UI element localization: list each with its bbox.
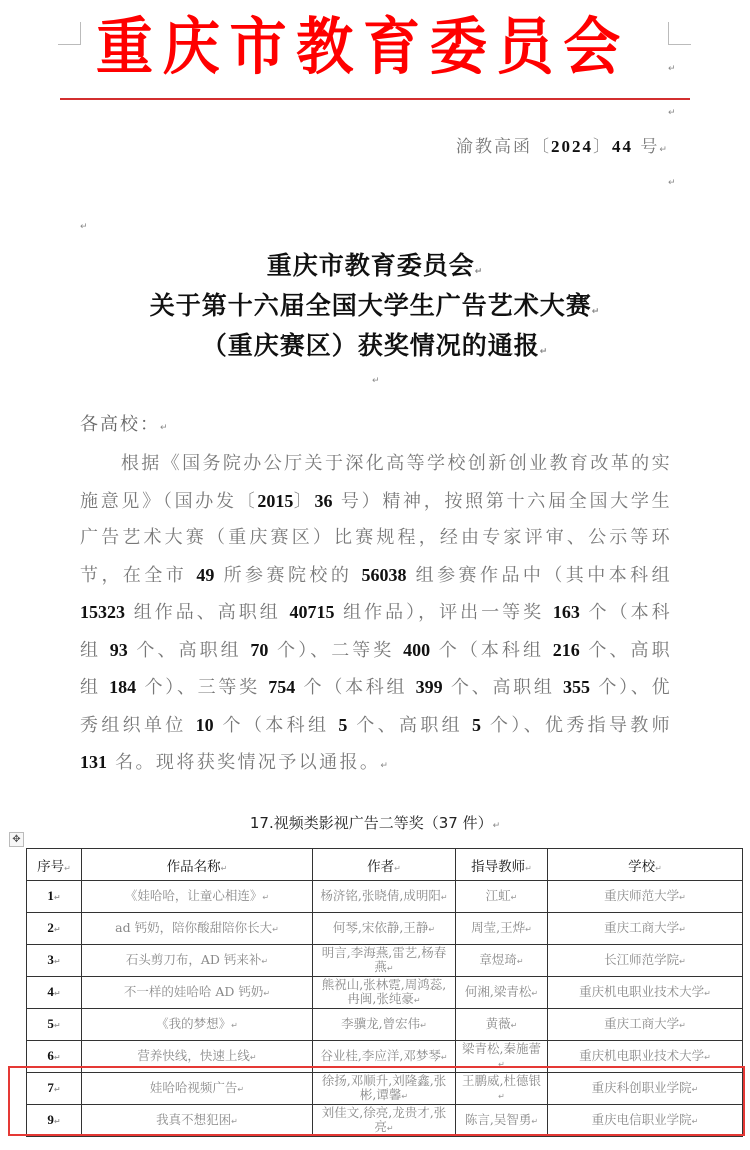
table-caption: 17.视频类影视广告二等奖（37 件）↵ <box>0 812 750 833</box>
body-text: 个）、优秀指导教师 <box>481 715 672 736</box>
body-number: 36 <box>314 491 332 511</box>
paragraph-mark-icon: ↵ <box>668 108 676 118</box>
header-advisors: 指导教师↵ <box>456 849 548 881</box>
cell-school: 重庆电信职业学院↵ <box>548 1105 743 1137</box>
cell-authors: 何琴,宋依静,王静↵ <box>313 913 456 945</box>
cell-work: 我真不想犯困↵ <box>82 1105 313 1137</box>
paragraph-mark-icon: ↵ <box>668 178 676 188</box>
body-paragraph: 根据《国务院办公厅关于深化高等学校创新创业教育改革的实施意见》（国办发〔2015… <box>80 446 672 785</box>
cell-school: 重庆机电职业技术大学↵ <box>548 1041 743 1073</box>
cell-school: 重庆科创职业学院↵ <box>548 1073 743 1105</box>
table-row: 4↵不一样的娃哈哈 AD 钙奶↵熊祝山,张林霓,周鸿蕊,冉闽,张纯豪↵何湘,梁青… <box>27 977 743 1009</box>
cell-advisors: 梁青松,秦施蕾↵ <box>456 1041 548 1073</box>
paragraph-mark-icon: ↵ <box>668 64 676 74</box>
table-row: 6↵营养快线，快速上线↵谷业桂,李应洋,邓梦琴↵梁青松,秦施蕾↵重庆机电职业技术… <box>27 1041 743 1073</box>
table-row: 1↵《娃哈哈，让童心相连》↵杨济铭,张晓倩,成明阳↵江虹↵重庆师范大学↵ <box>27 881 743 913</box>
body-text: 名。现将获奖情况予以通报。 <box>107 752 380 773</box>
awards-table: 序号↵ 作品名称↵ 作者↵ 指导教师↵ 学校↵ 1↵《娃哈哈，让童心相连》↵杨济… <box>26 848 743 1137</box>
body-number: 355 <box>563 677 590 697</box>
cell-school: 重庆机电职业技术大学↵ <box>548 977 743 1009</box>
notice-title-line3: （重庆赛区）获奖情况的通报↵ <box>0 326 750 362</box>
paragraph-mark-icon: ↵ <box>380 761 390 771</box>
cell-no: 2↵ <box>27 913 82 945</box>
body-text: 个）、二等奖 <box>268 640 403 661</box>
letterhead-char: 重 <box>96 8 153 86</box>
cell-advisors: 周莹,王烨↵ <box>456 913 548 945</box>
header-school: 学校↵ <box>548 849 743 881</box>
cell-work: 石头剪刀布，AD 钙来补↵ <box>82 945 313 977</box>
cell-advisors: 何湘,梁青松↵ <box>456 977 548 1009</box>
body-text: 个、高职组 <box>128 640 251 661</box>
cell-school: 长江师范学院↵ <box>548 945 743 977</box>
letterhead-char: 教 <box>296 8 353 86</box>
docno-year: 2024 <box>551 137 593 156</box>
body-text: 组参赛作品中（其中本科组 <box>406 565 672 586</box>
body-number: 10 <box>196 715 214 735</box>
body-text: 个）、三等奖 <box>136 677 268 698</box>
body-text: 所参赛院校的 <box>214 565 361 586</box>
cell-authors: 杨济铭,张晓倩,成明阳↵ <box>313 881 456 913</box>
body-number: 40715 <box>289 602 334 622</box>
cell-no: 9↵ <box>27 1105 82 1137</box>
table-header-row: 序号↵ 作品名称↵ 作者↵ 指导教师↵ 学校↵ <box>27 849 743 881</box>
body-number: 56038 <box>361 565 406 585</box>
body-text: 个（本科组 <box>214 715 339 736</box>
cell-advisors: 黄薇↵ <box>456 1009 548 1041</box>
letterhead-char: 会 <box>563 8 620 86</box>
cell-no: 1↵ <box>27 881 82 913</box>
cell-school: 重庆工商大学↵ <box>548 913 743 945</box>
cell-advisors: 王鹏威,杜德银↵ <box>456 1073 548 1105</box>
cell-advisors: 陈言,吴智勇↵ <box>456 1105 548 1137</box>
page-corner-mark-right <box>668 22 691 45</box>
header-work: 作品名称↵ <box>82 849 313 881</box>
cell-work: 营养快线，快速上线↵ <box>82 1041 313 1073</box>
cell-school: 重庆师范大学↵ <box>548 881 743 913</box>
body-number: 93 <box>110 640 128 660</box>
cell-authors: 谷业桂,李应洋,邓梦琴↵ <box>313 1041 456 1073</box>
body-text: 个（本科组 <box>295 677 415 698</box>
cell-work: ad 钙奶，陪你酸甜陪你长大↵ <box>82 913 313 945</box>
body-text: 〕 <box>293 491 314 512</box>
docno-prefix: 渝教高函〔 <box>456 137 551 157</box>
cell-no: 3↵ <box>27 945 82 977</box>
body-number: 49 <box>196 565 214 585</box>
letterhead-char: 育 <box>363 8 420 86</box>
letterhead-char: 庆 <box>163 8 220 86</box>
cell-authors: 明言,李海燕,雷艺,杨春燕↵ <box>313 945 456 977</box>
body-number: 163 <box>553 602 580 622</box>
table-move-handle-icon[interactable]: ✥ <box>9 832 24 847</box>
paragraph-mark-icon: ↵ <box>659 145 669 155</box>
document-number: 渝教高函〔2024〕44 号↵ <box>456 132 669 157</box>
body-text: 个、高职组 <box>443 677 563 698</box>
docno-num: 44 <box>612 137 633 156</box>
cell-advisors: 江虹↵ <box>456 881 548 913</box>
docno-bracket: 〕 <box>593 137 612 157</box>
body-number: 400 <box>403 640 430 660</box>
cell-advisors: 章煜琦↵ <box>456 945 548 977</box>
notice-title-line1: 重庆市教育委员会↵ <box>0 246 750 282</box>
body-number: 5 <box>338 715 347 735</box>
cell-no: 6↵ <box>27 1041 82 1073</box>
cell-work: 《娃哈哈，让童心相连》↵ <box>82 881 313 913</box>
body-text: 组作品、高职组 <box>125 602 289 623</box>
cell-no: 5↵ <box>27 1009 82 1041</box>
body-text: 个、高职组 <box>347 715 472 736</box>
cell-no: 4↵ <box>27 977 82 1009</box>
cell-work: 《我的梦想》↵ <box>82 1009 313 1041</box>
letterhead-char: 市 <box>230 8 287 86</box>
body-number: 216 <box>553 640 580 660</box>
header-authors: 作者↵ <box>313 849 456 881</box>
table-row: 3↵石头剪刀布，AD 钙来补↵明言,李海燕,雷艺,杨春燕↵章煜琦↵长江师范学院↵ <box>27 945 743 977</box>
cell-authors: 刘佳文,徐亮,龙贵才,张亮↵ <box>313 1105 456 1137</box>
paragraph-mark-icon: ↵ <box>372 376 380 386</box>
table-row: 5↵《我的梦想》↵李骥龙,曾宏伟↵黄薇↵重庆工商大学↵ <box>27 1009 743 1041</box>
letterhead-title: 重 庆 市 教 育 委 员 会 <box>96 8 620 86</box>
letterhead-char: 委 <box>430 8 487 86</box>
body-text: 个（本科组 <box>430 640 553 661</box>
cell-authors: 徐扬,邓顺升,刘隆鑫,张彬,谭馨↵ <box>313 1073 456 1105</box>
table-row: 7↵娃哈哈视频广告↵徐扬,邓顺升,刘隆鑫,张彬,谭馨↵王鹏威,杜德银↵重庆科创职… <box>27 1073 743 1105</box>
table-row-highlighted: 9↵我真不想犯困↵刘佳文,徐亮,龙贵才,张亮↵陈言,吴智勇↵重庆电信职业学院↵ <box>27 1105 743 1137</box>
cell-authors: 熊祝山,张林霓,周鸿蕊,冉闽,张纯豪↵ <box>313 977 456 1009</box>
header-no: 序号↵ <box>27 849 82 881</box>
letterhead-red-rule <box>60 98 690 100</box>
body-number: 5 <box>472 715 481 735</box>
page-corner-mark-left <box>58 22 81 45</box>
table-row: 2↵ad 钙奶，陪你酸甜陪你长大↵何琴,宋依静,王静↵周莹,王烨↵重庆工商大学↵ <box>27 913 743 945</box>
body-number: 184 <box>109 677 136 697</box>
cell-work: 娃哈哈视频广告↵ <box>82 1073 313 1105</box>
salutation: 各高校：↵ <box>80 410 170 436</box>
body-number: 131 <box>80 752 107 772</box>
cell-school: 重庆工商大学↵ <box>548 1009 743 1041</box>
cell-work: 不一样的娃哈哈 AD 钙奶↵ <box>82 977 313 1009</box>
cell-no: 7↵ <box>27 1073 82 1105</box>
body-number: 399 <box>416 677 443 697</box>
notice-title-line2: 关于第十六届全国大学生广告艺术大赛↵ <box>0 286 750 322</box>
body-text: 组作品），评出一等奖 <box>334 602 552 623</box>
letterhead-char: 员 <box>497 8 554 86</box>
paragraph-mark-icon: ↵ <box>80 222 88 232</box>
docno-suffix: 号 <box>633 137 659 157</box>
body-number: 70 <box>250 640 268 660</box>
body-number: 15323 <box>80 602 125 622</box>
cell-authors: 李骥龙,曾宏伟↵ <box>313 1009 456 1041</box>
body-number: 2015 <box>257 491 293 511</box>
body-number: 754 <box>268 677 295 697</box>
